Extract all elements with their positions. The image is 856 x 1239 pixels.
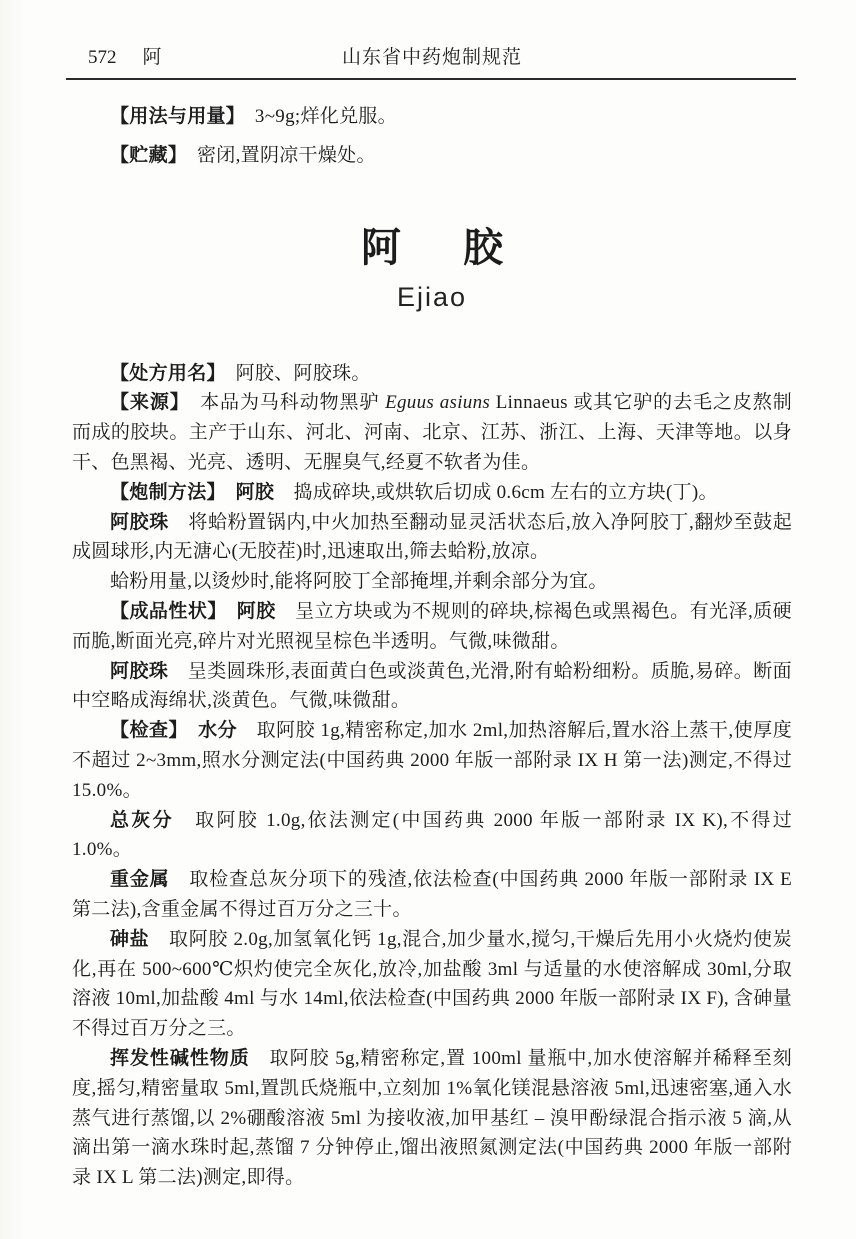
text-run: 密闭,置阴凉干燥处。 [178, 145, 376, 166]
text-run: 阿胶珠 [110, 661, 168, 682]
text-run: 将蛤粉置锅内,中火加热至翻动显灵活状态后,放入净阿胶丁,翻炒至鼓起成圆球形,内无… [72, 512, 792, 563]
paragraph: 【用法与用量】 3~9g;烊化兑服。 [72, 102, 792, 132]
title-char-2: 胶 [463, 225, 503, 270]
text-run: 水分 [198, 720, 237, 741]
paragraph: 【贮藏】 密闭,置阴凉干燥处。 [72, 141, 792, 171]
paragraph: 砷盐 取阿胶 2.0g,加氢氧化钙 1g,混合,加少量水,搅匀,干燥后先用小火烧… [72, 925, 792, 1044]
paragraph: 【来源】 本品为马科动物黑驴 Eguus asiuns Linnaeus 或其它… [72, 388, 792, 477]
paragraph: 挥发性碱性物质 取阿胶 5g,精密称定,置 100ml 量瓶中,加水使溶解并稀释… [72, 1044, 792, 1193]
book-title: 山东省中药炮制规范 [72, 46, 792, 70]
monograph-pinyin: Ejiao [72, 281, 792, 313]
paragraph: 蛤粉用量,以烫炒时,能将阿胶丁全部掩埋,并剩余部分为宜。 [72, 567, 792, 597]
text-run: 蛤粉用量,以烫炒时,能将阿胶丁全部掩埋,并剩余部分为宜。 [110, 571, 608, 592]
text-run: 【炮制方法】 [110, 482, 216, 503]
previous-monograph-tail: 【用法与用量】 3~9g;烊化兑服。【贮藏】 密闭,置阴凉干燥处。 [72, 102, 792, 171]
text-run [217, 601, 236, 622]
text-run [216, 482, 235, 503]
text-run: 【来源】 [110, 392, 180, 413]
text-run: 阿胶珠 [110, 512, 169, 533]
text-run: 【检查】 [110, 720, 179, 741]
monograph-title: 阿胶 [72, 225, 792, 271]
text-run: 重金属 [110, 869, 170, 890]
text-run: 【处方用名】 [110, 363, 216, 384]
text-run: 挥发性碱性物质 [110, 1048, 250, 1069]
paragraph: 总灰分 取阿胶 1.0g,依法测定(中国药典 2000 年版一部附录 IX K)… [72, 806, 792, 866]
text-run: 本品为马科动物黑驴 [180, 392, 385, 413]
running-head: 572 阿 山东省中药炮制规范 [72, 46, 792, 70]
monograph-body: 【处方用名】 阿胶、阿胶珠。【来源】 本品为马科动物黑驴 Eguus asiun… [72, 359, 792, 1193]
text-run [179, 720, 199, 741]
paragraph: 【检查】 水分 取阿胶 1g,精密称定,加水 2ml,加热溶解后,置水浴上蒸干,… [72, 716, 792, 805]
text-run: 呈类圆珠形,表面黄白色或淡黄色,光滑,附有蛤粉细粉。质脆,易碎。断面中空略成海绵… [72, 661, 792, 712]
text-run: 阿胶 [237, 601, 276, 622]
text-run: 砷盐 [110, 929, 149, 950]
paragraph: 阿胶珠 将蛤粉置锅内,中火加热至翻动显灵活状态后,放入净阿胶丁,翻炒至鼓起成圆球… [72, 508, 792, 568]
text-run: 阿胶、阿胶珠。 [216, 363, 370, 384]
text-run: 【用法与用量】 [110, 106, 236, 127]
text-run: 取检查总灰分项下的残渣,依法检查(中国药典 2000 年版一部附录 IX E 第… [72, 869, 792, 920]
text-run: 3~9g;烊化兑服。 [236, 106, 397, 127]
text-run: 【成品性状】 [110, 601, 217, 622]
text-run: 【贮藏】 [110, 145, 178, 166]
text-run: Eguus asiuns [385, 392, 490, 413]
paragraph: 【成品性状】 阿胶 呈立方块或为不规则的碎块,棕褐色或黑褐色。有光泽,质硬而脆,… [72, 597, 792, 657]
text-run: 捣成碎块,或烘软后切成 0.6cm 左右的立方块(丁)。 [274, 482, 718, 503]
monograph-title-block: 阿胶 Ejiao [72, 225, 792, 313]
scanned-book-page: 572 阿 山东省中药炮制规范 【用法与用量】 3~9g;烊化兑服。【贮藏】 密… [0, 0, 856, 1239]
title-char-1: 阿 [361, 225, 401, 270]
text-run: 阿胶 [236, 482, 275, 503]
text-run: 取阿胶 1.0g,依法测定(中国药典 2000 年版一部附录 IX K),不得过… [72, 810, 792, 861]
header-rule [66, 78, 796, 80]
text-run: 取阿胶 2.0g,加氢氧化钙 1g,混合,加少量水,搅匀,干燥后先用小火烧灼使炭… [72, 929, 792, 1039]
paragraph: 重金属 取检查总灰分项下的残渣,依法检查(中国药典 2000 年版一部附录 IX… [72, 865, 792, 925]
paragraph: 阿胶珠 呈类圆珠形,表面黄白色或淡黄色,光滑,附有蛤粉细粉。质脆,易碎。断面中空… [72, 657, 792, 717]
text-run: 总灰分 [110, 810, 174, 831]
paragraph: 【处方用名】 阿胶、阿胶珠。 [72, 359, 792, 389]
paragraph: 【炮制方法】 阿胶 捣成碎块,或烘软后切成 0.6cm 左右的立方块(丁)。 [72, 478, 792, 508]
